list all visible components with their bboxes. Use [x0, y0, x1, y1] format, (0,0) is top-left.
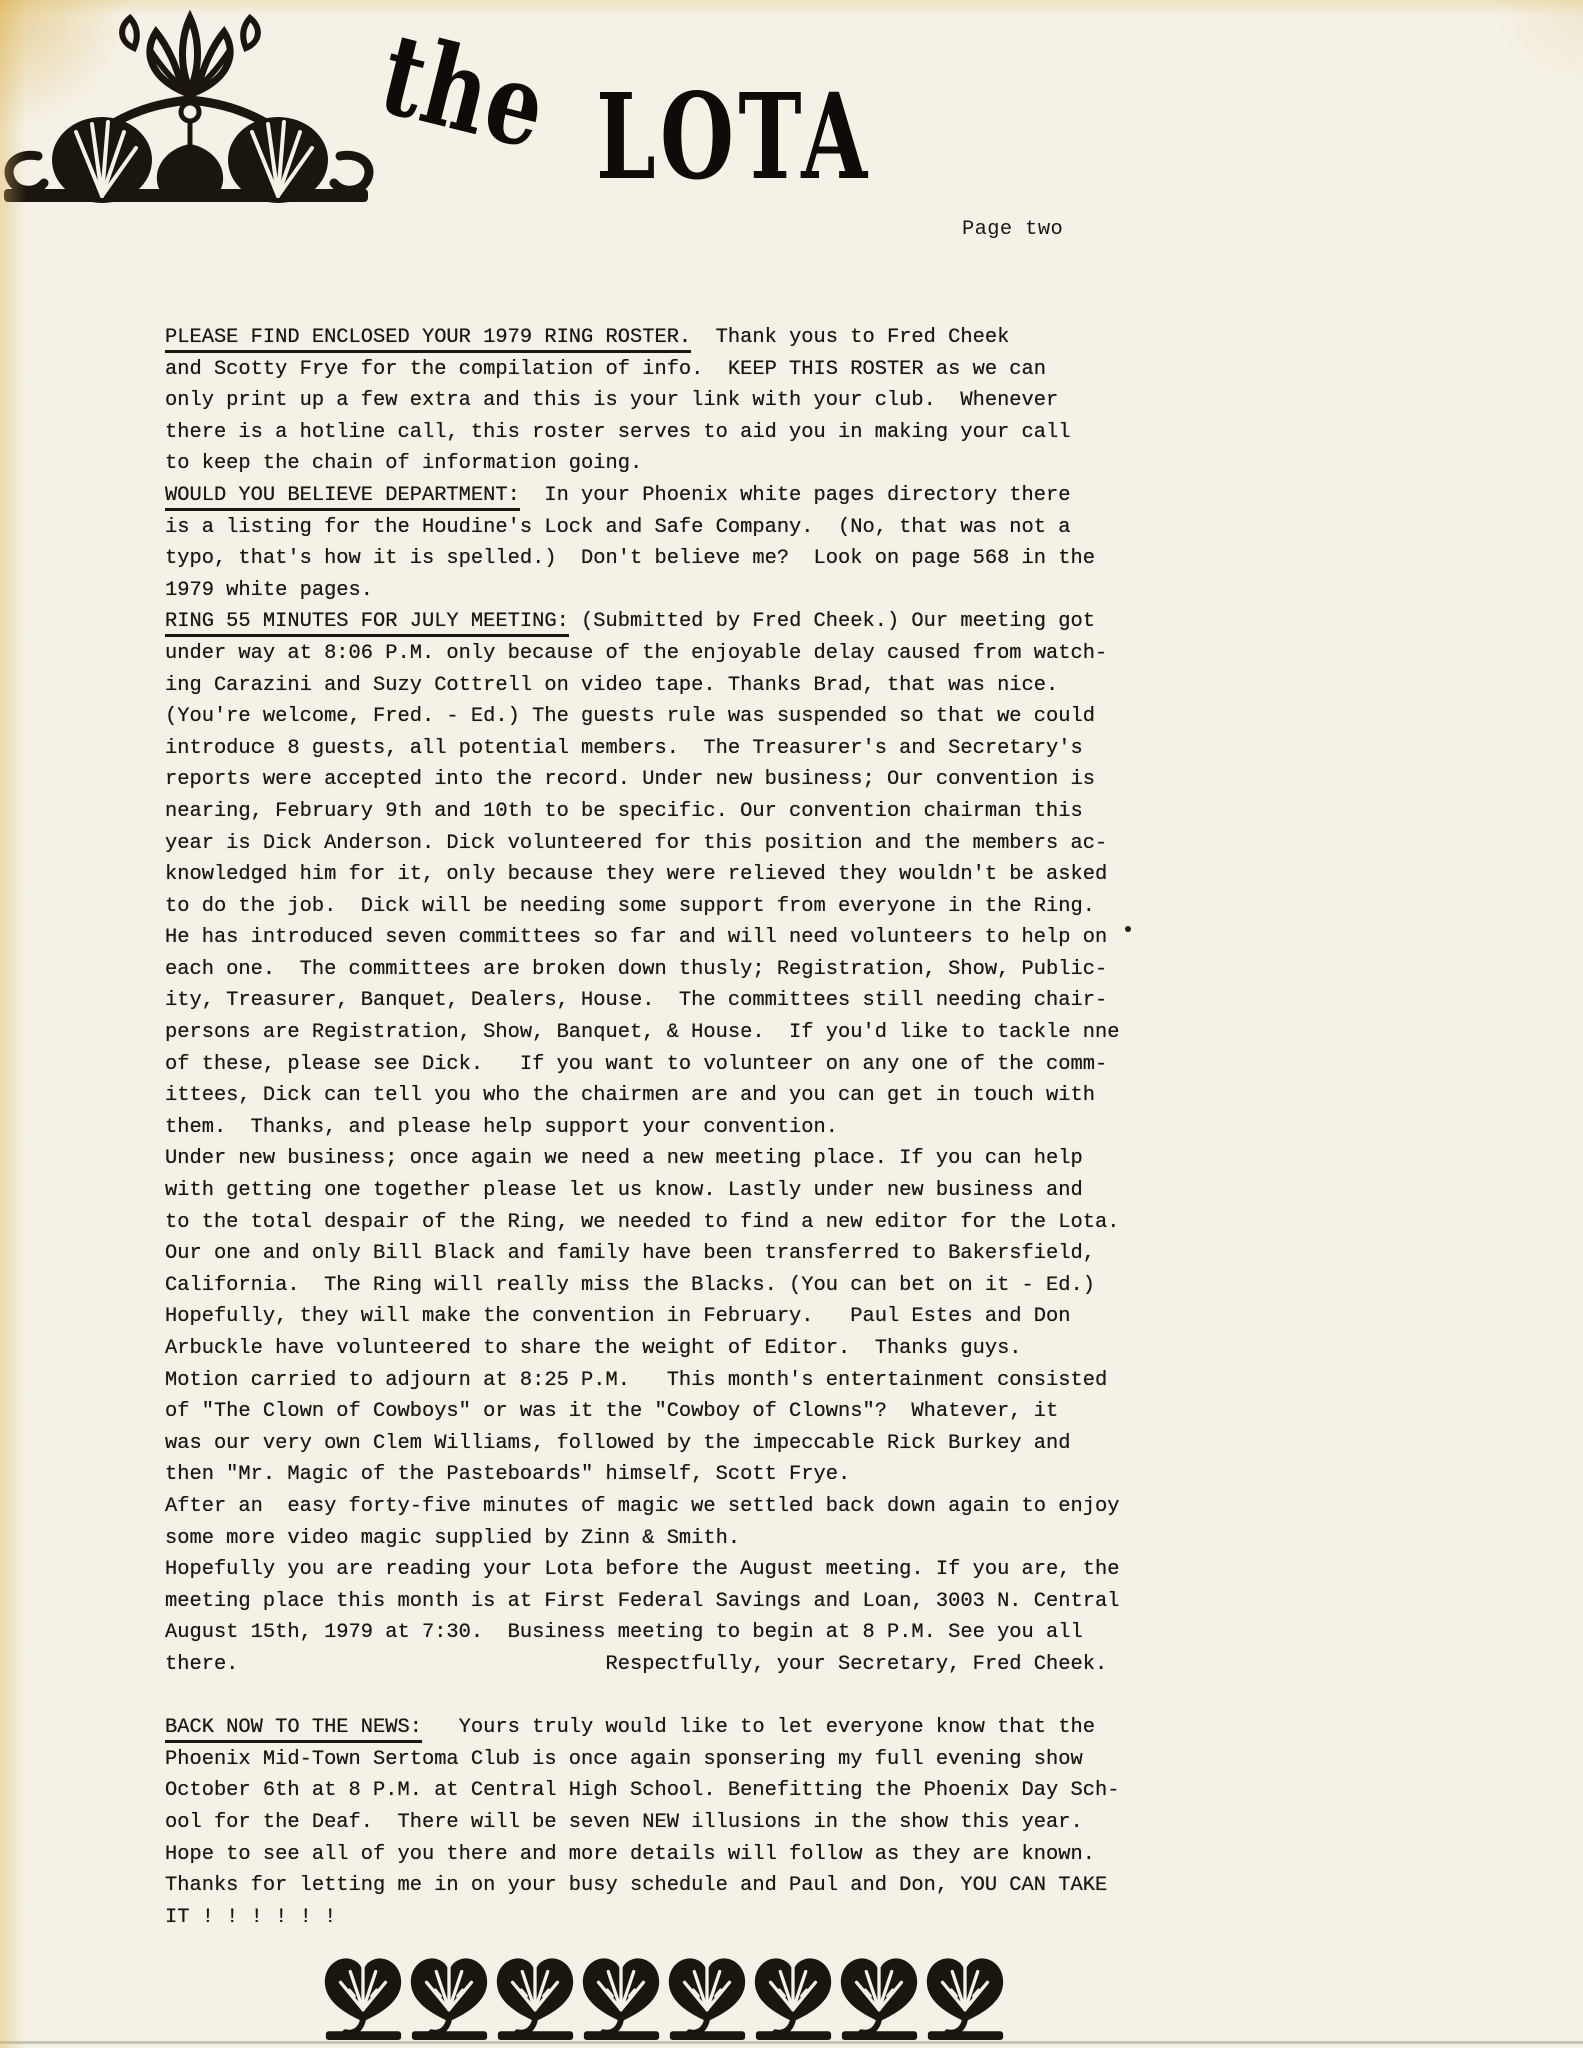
body-text: Motion carried to adjourn at 8:25 P.M. T… — [165, 1369, 1107, 1392]
body-line: BACK NOW TO THE NEWS: Yours truly would … — [165, 1712, 1165, 1744]
body-text: Phoenix Mid-Town Sertoma Club is once ag… — [165, 1748, 1083, 1771]
body-text: October 6th at 8 P.M. at Central High Sc… — [165, 1779, 1119, 1802]
body-line: reports were accepted into the record. U… — [165, 764, 1165, 796]
body-text: Thank yous to Fred Cheek — [691, 326, 1009, 349]
body-text: under way at 8:06 P.M. only because of t… — [165, 642, 1107, 665]
body-text: knowledged him for it, only because they… — [165, 863, 1107, 886]
body-line: with getting one together please let us … — [165, 1175, 1165, 1207]
body-text: After an easy forty-five minutes of magi… — [165, 1495, 1119, 1518]
body-text: them. Thanks, and please help support yo… — [165, 1116, 838, 1139]
body-line: some more video magic supplied by Zinn &… — [165, 1523, 1165, 1555]
body-line: meeting place this month is at First Fed… — [165, 1586, 1165, 1618]
body-text: nearing, February 9th and 10th to be spe… — [165, 800, 1083, 823]
lily-pad-fan-icon — [578, 1952, 664, 2044]
body-text: ool for the Deaf. There will be seven NE… — [165, 1811, 1083, 1834]
body-text: was our very own Clem Williams, followed… — [165, 1432, 1071, 1455]
body-line: Motion carried to adjourn at 8:25 P.M. T… — [165, 1365, 1165, 1397]
lily-pad-fan-icon — [320, 1952, 406, 2044]
body-line: RING 55 MINUTES FOR JULY MEETING: (Submi… — [165, 606, 1165, 638]
body-line: After an easy forty-five minutes of magi… — [165, 1491, 1165, 1523]
body-line: persons are Registration, Show, Banquet,… — [165, 1017, 1165, 1049]
body-text: to the total despair of the Ring, we nee… — [165, 1211, 1119, 1234]
body-line: ittees, Dick can tell you who the chairm… — [165, 1080, 1165, 1112]
newsletter-body: PLEASE FIND ENCLOSED YOUR 1979 RING ROST… — [165, 322, 1165, 1933]
lily-pad-fan-icon — [406, 1952, 492, 2044]
body-text: Arbuckle have volunteered to share the w… — [165, 1337, 1022, 1360]
body-line: ing Carazini and Suzy Cottrell on video … — [165, 670, 1165, 702]
lotus-ornament-icon — [4, 10, 376, 210]
body-line: Under new business; once again we need a… — [165, 1143, 1165, 1175]
body-text: of "The Clown of Cowboys" or was it the … — [165, 1400, 1058, 1423]
body-text: and Scotty Frye for the compilation of i… — [165, 358, 1046, 381]
body-text: is a listing for the Houdine's Lock and … — [165, 516, 1071, 539]
body-line: PLEASE FIND ENCLOSED YOUR 1979 RING ROST… — [165, 322, 1165, 354]
body-line: Hopefully, they will make the convention… — [165, 1301, 1165, 1333]
body-line: there. Respectfully, your Secretary, Fre… — [165, 1649, 1165, 1681]
body-text: (You're welcome, Fred. - Ed.) The guests… — [165, 705, 1095, 728]
body-text: to keep the chain of information going. — [165, 452, 642, 475]
body-text: year is Dick Anderson. Dick volunteered … — [165, 832, 1107, 855]
lily-pad-fan-icon — [922, 1952, 1008, 2044]
masthead-title-prefix: the — [371, 18, 557, 166]
body-text: IT ! ! ! ! ! ! — [165, 1906, 336, 1929]
scan-edge-line — [0, 2041, 1583, 2044]
body-line: is a listing for the Houdine's Lock and … — [165, 512, 1165, 544]
body-text: ity, Treasurer, Banquet, Dealers, House.… — [165, 989, 1107, 1012]
body-line: ool for the Deaf. There will be seven NE… — [165, 1807, 1165, 1839]
body-line: Phoenix Mid-Town Sertoma Club is once ag… — [165, 1744, 1165, 1776]
newsletter-page: the LOTA Page two PLEASE FIND ENCLOSED Y… — [0, 0, 1583, 2048]
body-line: California. The Ring will really miss th… — [165, 1270, 1165, 1302]
body-line: there is a hotline call, this roster ser… — [165, 417, 1165, 449]
body-line: Arbuckle have volunteered to share the w… — [165, 1333, 1165, 1365]
body-line: Our one and only Bill Black and family h… — [165, 1238, 1165, 1270]
body-line: nearing, February 9th and 10th to be spe… — [165, 796, 1165, 828]
body-text: (Submitted by Fred Cheek.) Our meeting g… — [569, 610, 1095, 633]
body-line: August 15th, 1979 at 7:30. Business meet… — [165, 1617, 1165, 1649]
section-heading: RING 55 MINUTES FOR JULY MEETING: — [165, 610, 569, 637]
body-line: under way at 8:06 P.M. only because of t… — [165, 638, 1165, 670]
body-line: to keep the chain of information going. — [165, 448, 1165, 480]
body-line: typo, that's how it is spelled.) Don't b… — [165, 543, 1165, 575]
body-text: with getting one together please let us … — [165, 1179, 1083, 1202]
stray-ink-dot — [1125, 926, 1131, 932]
body-text: only print up a few extra and this is yo… — [165, 389, 1058, 412]
body-text: Hopefully, they will make the convention… — [165, 1305, 1071, 1328]
body-text: Hopefully you are reading your Lota befo… — [165, 1558, 1119, 1581]
body-text: persons are Registration, Show, Banquet,… — [165, 1021, 1119, 1044]
section-heading: BACK NOW TO THE NEWS: — [165, 1716, 422, 1743]
body-text: Our one and only Bill Black and family h… — [165, 1242, 1095, 1265]
body-text: of these, please see Dick. If you want t… — [165, 1053, 1107, 1076]
body-text: typo, that's how it is spelled.) Don't b… — [165, 547, 1095, 570]
body-text: meeting place this month is at First Fed… — [165, 1590, 1119, 1613]
lily-pad-fan-icon — [664, 1952, 750, 2044]
body-text: to do the job. Dick will be needing some… — [165, 895, 1095, 918]
body-line: IT ! ! ! ! ! ! — [165, 1902, 1165, 1934]
body-line: year is Dick Anderson. Dick volunteered … — [165, 828, 1165, 860]
body-line: 1979 white pages. — [165, 575, 1165, 607]
body-line: them. Thanks, and please help support yo… — [165, 1112, 1165, 1144]
body-line: Thanks for letting me in on your busy sc… — [165, 1870, 1165, 1902]
lily-pad-fan-icon — [836, 1952, 922, 2044]
body-line: (You're welcome, Fred. - Ed.) The guests… — [165, 701, 1165, 733]
footer-ornament-row — [320, 1952, 1008, 2044]
body-text: some more video magic supplied by Zinn &… — [165, 1527, 740, 1550]
body-line: and Scotty Frye for the compilation of i… — [165, 354, 1165, 386]
body-text: Yours truly would like to let everyone k… — [422, 1716, 1095, 1739]
body-line: ity, Treasurer, Banquet, Dealers, House.… — [165, 985, 1165, 1017]
body-text: reports were accepted into the record. U… — [165, 768, 1095, 791]
page-number-label: Page two — [962, 218, 1063, 241]
body-line: Hope to see all of you there and more de… — [165, 1839, 1165, 1871]
masthead-title-main: LOTA — [596, 78, 872, 196]
body-line: to do the job. Dick will be needing some… — [165, 891, 1165, 923]
body-line — [165, 1681, 1165, 1713]
body-text: there is a hotline call, this roster ser… — [165, 421, 1071, 444]
body-line: of these, please see Dick. If you want t… — [165, 1049, 1165, 1081]
body-text: there. Respectfully, your Secretary, Fre… — [165, 1653, 1107, 1676]
body-line: only print up a few extra and this is yo… — [165, 385, 1165, 417]
lily-pad-fan-icon — [492, 1952, 578, 2044]
body-text: Thanks for letting me in on your busy sc… — [165, 1874, 1107, 1897]
body-line: each one. The committees are broken down… — [165, 954, 1165, 986]
body-line: WOULD YOU BELIEVE DEPARTMENT: In your Ph… — [165, 480, 1165, 512]
body-text: ittees, Dick can tell you who the chairm… — [165, 1084, 1095, 1107]
body-text: Hope to see all of you there and more de… — [165, 1843, 1095, 1866]
body-text: California. The Ring will really miss th… — [165, 1274, 1095, 1297]
body-line: of "The Clown of Cowboys" or was it the … — [165, 1396, 1165, 1428]
body-line: was our very own Clem Williams, followed… — [165, 1428, 1165, 1460]
body-text: then "Mr. Magic of the Pasteboards" hims… — [165, 1463, 850, 1486]
body-line: October 6th at 8 P.M. at Central High Sc… — [165, 1775, 1165, 1807]
body-text: 1979 white pages. — [165, 579, 373, 602]
body-text: each one. The committees are broken down… — [165, 958, 1107, 981]
body-line: He has introduced seven committees so fa… — [165, 922, 1165, 954]
section-heading: PLEASE FIND ENCLOSED YOUR 1979 RING ROST… — [165, 326, 691, 353]
body-line: then "Mr. Magic of the Pasteboards" hims… — [165, 1459, 1165, 1491]
body-line: to the total despair of the Ring, we nee… — [165, 1207, 1165, 1239]
body-text: ing Carazini and Suzy Cottrell on video … — [165, 674, 1058, 697]
body-text: introduce 8 guests, all potential member… — [165, 737, 1083, 760]
body-line: knowledged him for it, only because they… — [165, 859, 1165, 891]
body-line: introduce 8 guests, all potential member… — [165, 733, 1165, 765]
body-text: He has introduced seven committees so fa… — [165, 926, 1107, 949]
body-text: In your Phoenix white pages directory th… — [520, 484, 1071, 507]
body-text: August 15th, 1979 at 7:30. Business meet… — [165, 1621, 1083, 1644]
body-line: Hopefully you are reading your Lota befo… — [165, 1554, 1165, 1586]
section-heading: WOULD YOU BELIEVE DEPARTMENT: — [165, 484, 520, 511]
body-text: Under new business; once again we need a… — [165, 1147, 1083, 1170]
lily-pad-fan-icon — [750, 1952, 836, 2044]
